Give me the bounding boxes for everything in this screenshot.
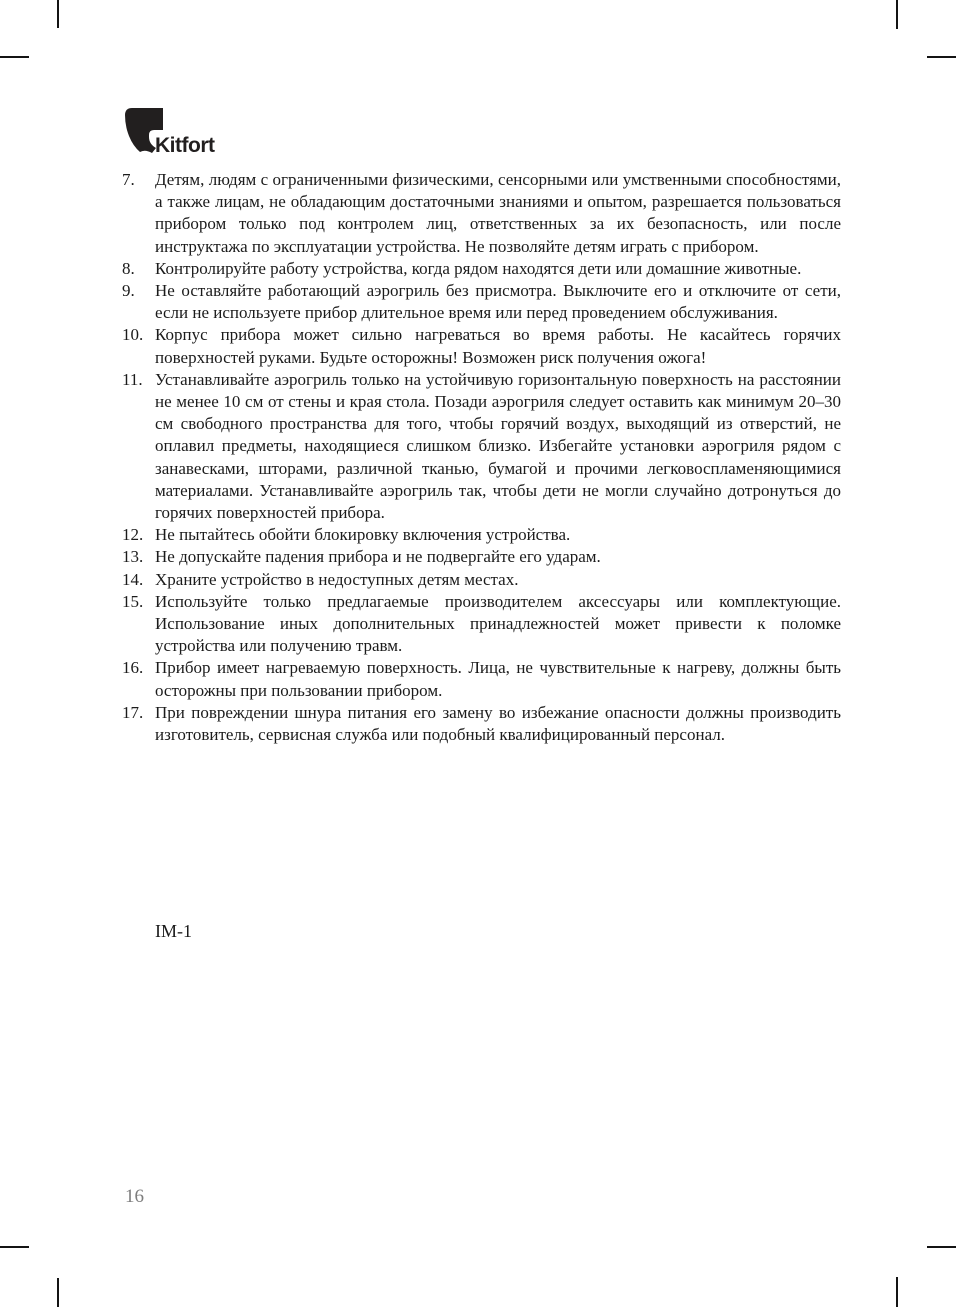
- list-item: 13. Не допускайте падения прибора и не п…: [122, 546, 841, 568]
- crop-mark-top-left-horizontal: [0, 56, 29, 58]
- list-item: 11. Устанавливайте аэрогриль только на у…: [122, 369, 841, 524]
- brand-logo: Kitfort: [125, 108, 245, 160]
- list-item-number: 13.: [122, 546, 143, 568]
- list-item-number: 12.: [122, 524, 143, 546]
- list-item: 17. При повреждении шнура питания его за…: [122, 702, 841, 746]
- list-item: 8. Контролируйте работу устройства, когд…: [122, 258, 841, 280]
- list-item-text: При повреждении шнура питания его замену…: [155, 703, 841, 744]
- crop-mark-bottom-left-horizontal: [0, 1246, 29, 1248]
- crop-mark-bottom-right-vertical: [896, 1277, 898, 1307]
- list-item-number: 15.: [122, 591, 143, 613]
- list-item: 14. Храните устройство в недоступных дет…: [122, 569, 841, 591]
- list-item-text: Не допускайте падения прибора и не подве…: [155, 547, 601, 566]
- crop-mark-top-right-horizontal: [927, 56, 956, 58]
- list-item: 15. Используйте только предлагаемые прои…: [122, 591, 841, 658]
- manual-page: Kitfort 7. Детям, людям с ограниченными …: [0, 0, 956, 1307]
- brand-wordmark: Kitfort: [155, 135, 214, 156]
- crop-mark-top-right-vertical: [896, 0, 898, 29]
- list-item-text: Детям, людям с ограниченными физическими…: [155, 170, 841, 256]
- list-item: 10. Корпус прибора может сильно нагреват…: [122, 324, 841, 368]
- list-item-number: 8.: [122, 258, 135, 280]
- list-item-number: 10.: [122, 324, 143, 346]
- list-item-text: Устанавливайте аэрогриль только на устой…: [155, 370, 841, 522]
- list-item-number: 17.: [122, 702, 143, 724]
- list-item-number: 14.: [122, 569, 143, 591]
- model-code: IM-1: [155, 921, 192, 942]
- list-item-text: Храните устройство в недоступных детям м…: [155, 570, 518, 589]
- list-item: 9. Не оставляйте работающий аэрогриль бе…: [122, 280, 841, 324]
- list-item-text: Контролируйте работу устройства, когда р…: [155, 259, 801, 278]
- list-item-number: 9.: [122, 280, 135, 302]
- list-item-text: Прибор имеет нагреваемую поверхность. Ли…: [155, 658, 841, 699]
- list-item: 16. Прибор имеет нагреваемую поверхность…: [122, 657, 841, 701]
- list-item-number: 16.: [122, 657, 143, 679]
- list-item: 12. Не пытайтесь обойти блокировку включ…: [122, 524, 841, 546]
- list-item: 7. Детям, людям с ограниченными физическ…: [122, 169, 841, 258]
- list-item-text: Используйте только предлагаемые производ…: [155, 592, 841, 655]
- page-number: 16: [125, 1186, 144, 1208]
- list-item-number: 7.: [122, 169, 135, 191]
- crop-mark-bottom-left-vertical: [57, 1278, 59, 1307]
- list-item-text: Не пытайтесь обойти блокировку включения…: [155, 525, 570, 544]
- list-item-number: 11.: [122, 369, 143, 391]
- safety-instructions-list: 7. Детям, людям с ограниченными физическ…: [122, 169, 841, 746]
- crop-mark-top-left-vertical: [57, 0, 59, 28]
- list-item-text: Корпус прибора может сильно нагреваться …: [155, 325, 841, 366]
- crop-mark-bottom-right-horizontal: [927, 1246, 956, 1248]
- list-item-text: Не оставляйте работающий аэрогриль без п…: [155, 281, 841, 322]
